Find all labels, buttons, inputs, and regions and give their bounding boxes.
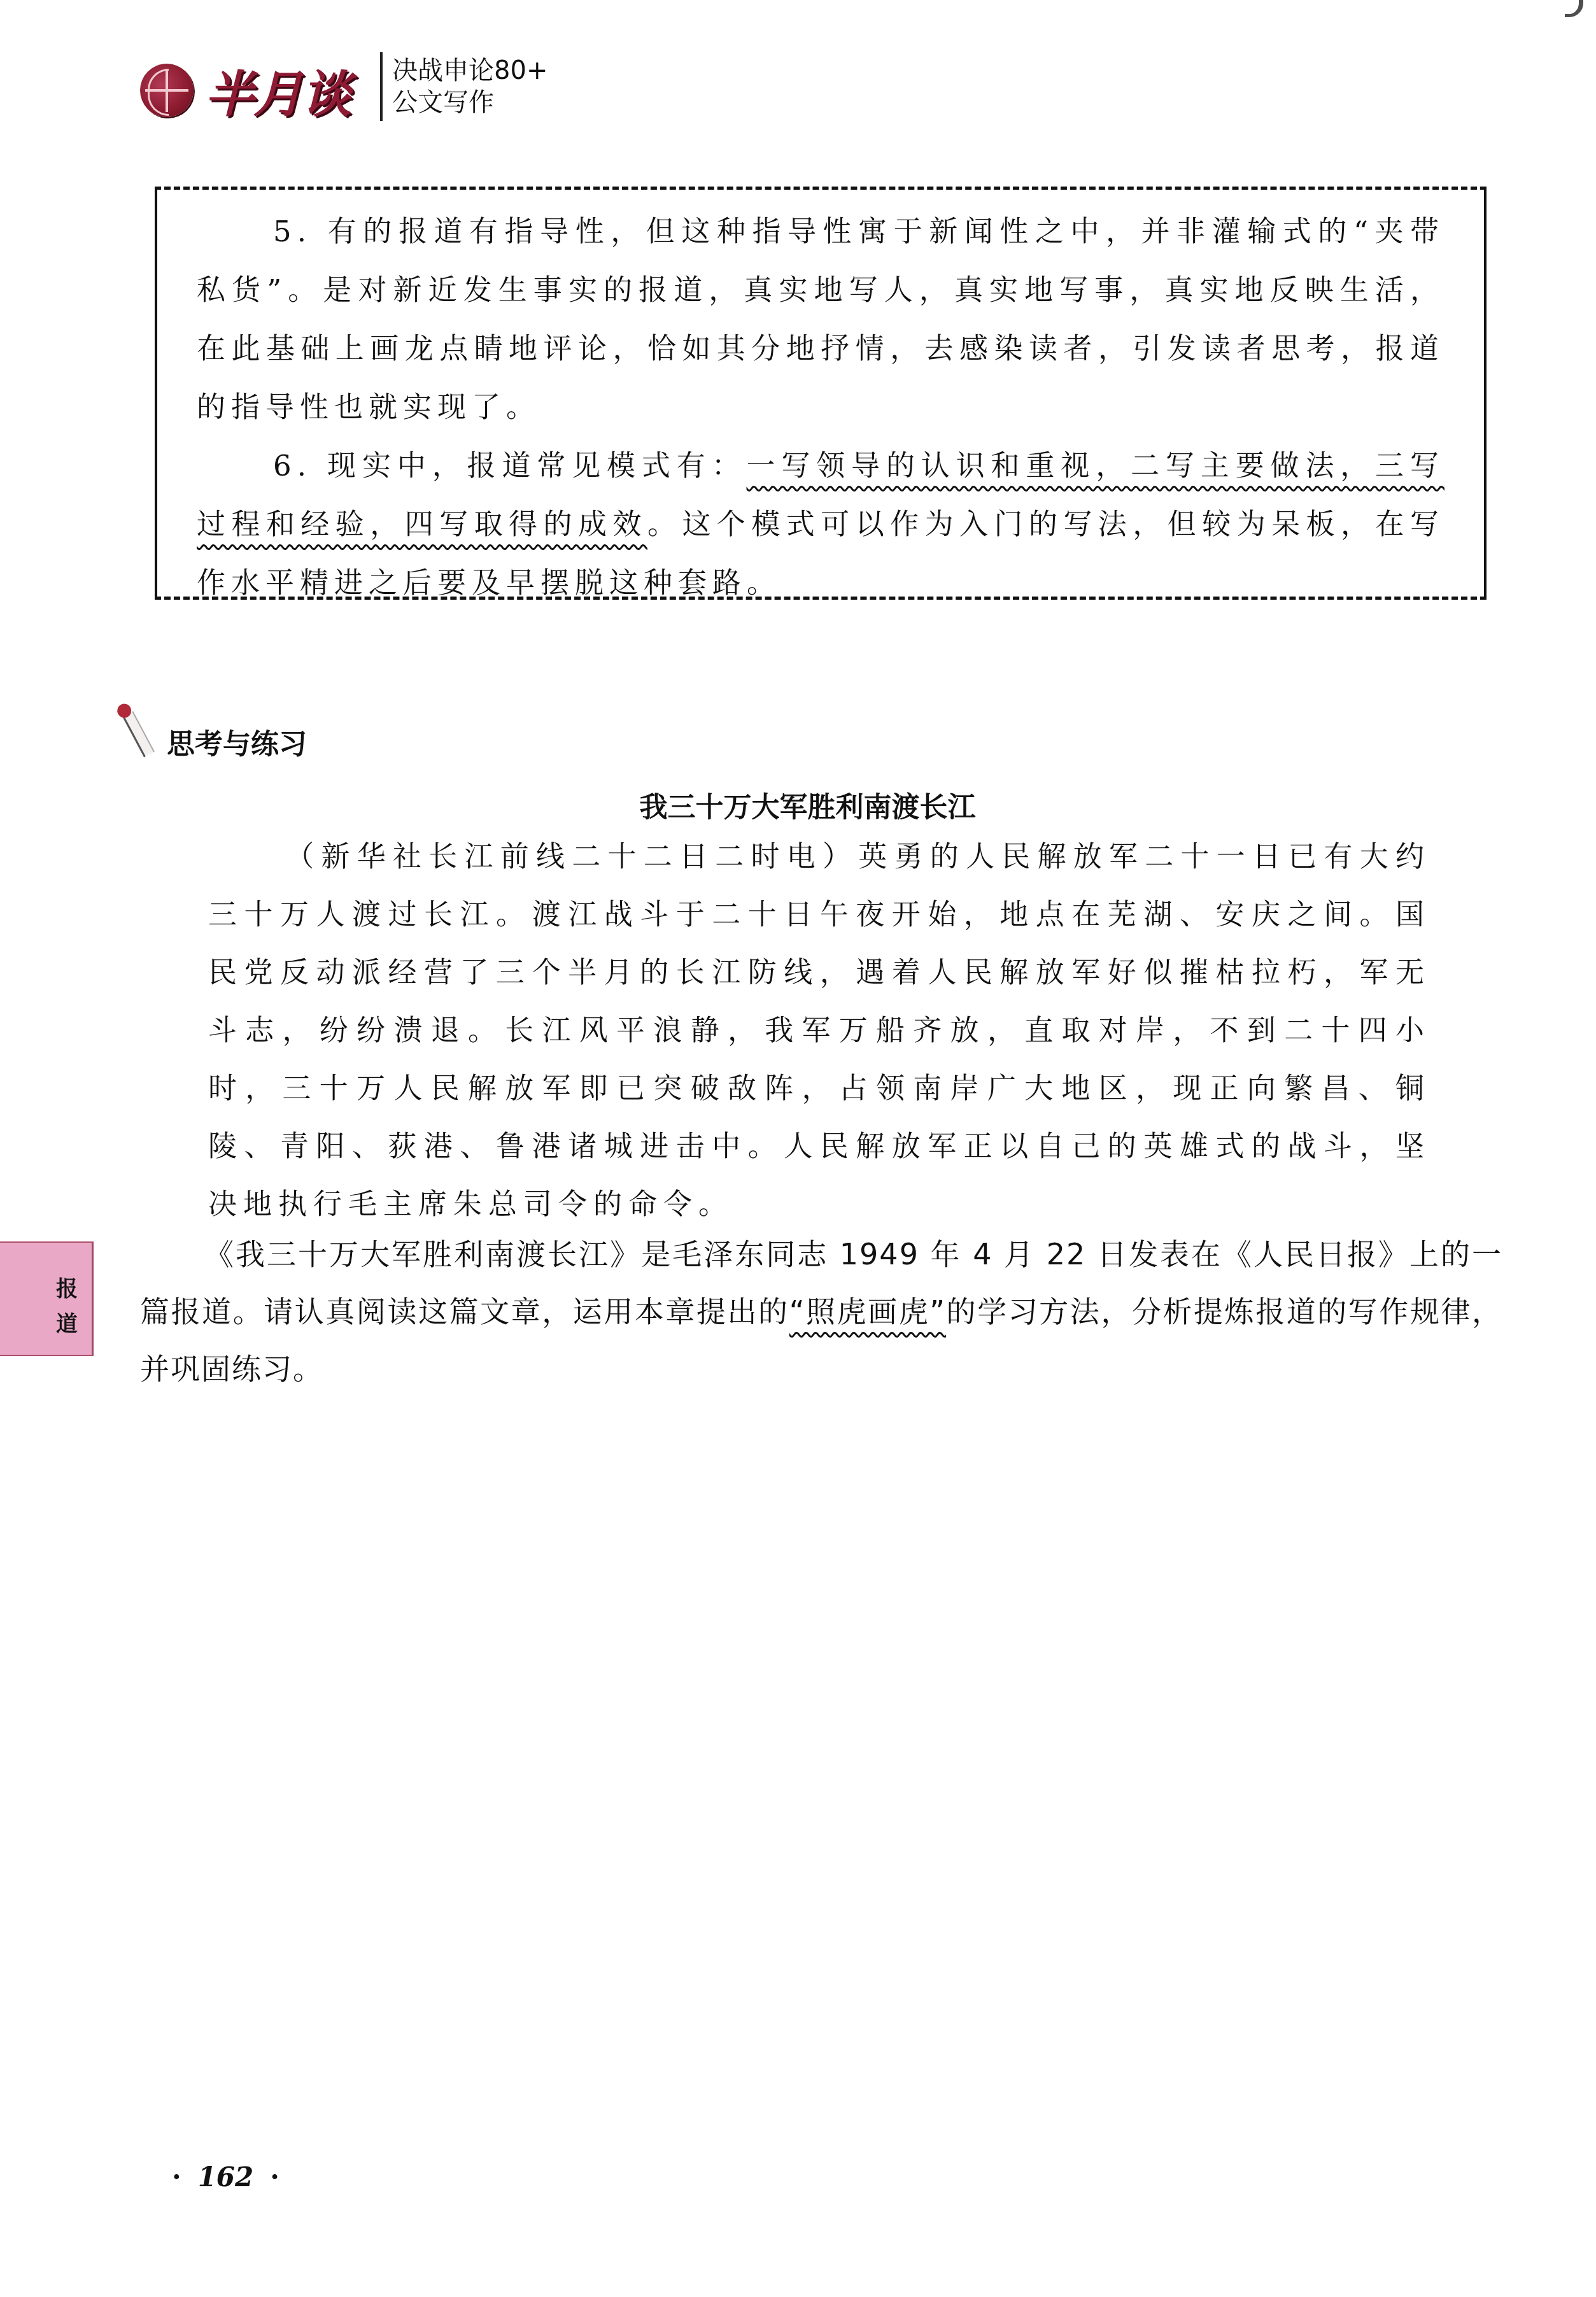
- page-number: ·162·: [155, 2161, 296, 2193]
- section-heading: 思考与练习: [141, 697, 307, 761]
- chapter-side-tab: 报 道: [0, 1241, 94, 1356]
- note-item-6: 6. 现实中，报道常见模式有：一写领导的认识和重视，二写主要做法，三写过程和经验…: [197, 437, 1444, 612]
- subtitle-line-1: 决战申论80+: [392, 55, 547, 87]
- note-item-5: 5. 有的报道有指导性，但这种指导性寓于新闻性之中，并非灌输式的“夹带私货”。是…: [197, 202, 1444, 437]
- side-tab-char-2: 道: [56, 1306, 81, 1338]
- article-body: （新华社长江前线二十二日二时电）英勇的人民解放军二十一日已有大约三十万人渡过长江…: [208, 828, 1430, 1233]
- globe-icon: [140, 64, 194, 117]
- pencil-icon: [113, 700, 159, 765]
- side-tab-char-1: 报: [56, 1271, 81, 1303]
- header-divider: [380, 52, 383, 121]
- notes-box: 5. 有的报道有指导性，但这种指导性寓于新闻性之中，并非灌输式的“夹带私货”。是…: [155, 187, 1487, 600]
- publisher-logo: 半月谈: [140, 59, 350, 122]
- article-title: 我三十万大军胜利南渡长江: [0, 784, 1596, 825]
- emphasized-method: “照虎画虎”: [789, 1294, 946, 1329]
- section-title: 思考与练习: [167, 729, 307, 761]
- exercise-prompt: 《我三十万大军胜利南渡长江》是毛泽东同志 1949 年 4 月 22 日发表在《…: [140, 1226, 1502, 1397]
- scan-artifact-mark: [1565, 0, 1583, 17]
- brand-name: 半月谈: [205, 55, 350, 126]
- book-subtitle: 决战申论80+ 公文写作: [392, 55, 547, 118]
- subtitle-line-2: 公文写作: [392, 87, 547, 118]
